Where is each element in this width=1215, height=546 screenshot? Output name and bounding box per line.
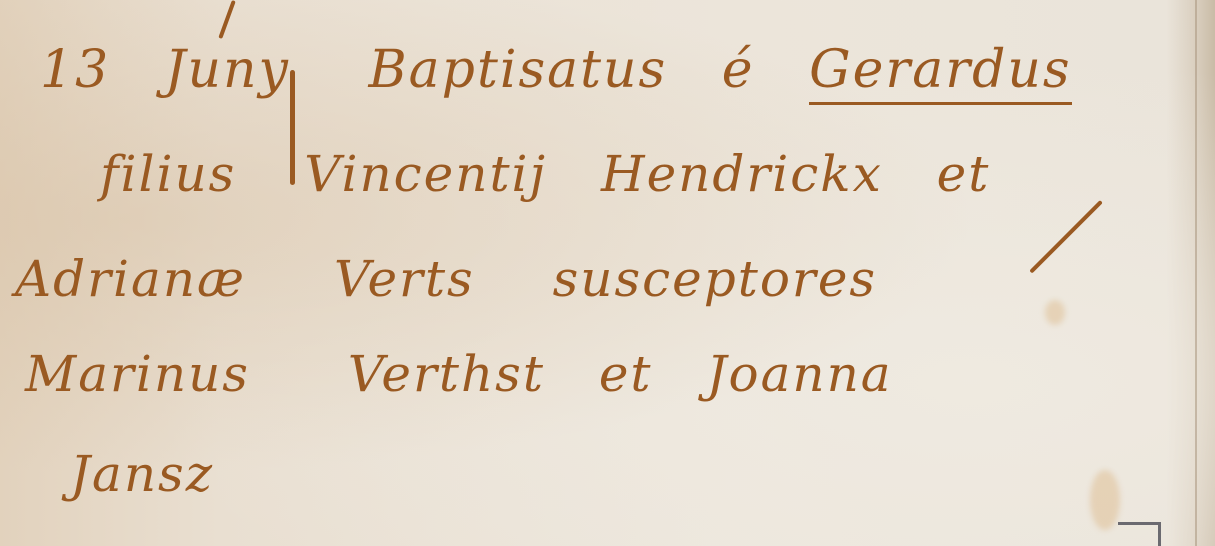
ink-stroke (218, 0, 235, 39)
register-line-2: filius Vincentij Hendrickx et (100, 145, 1026, 203)
godfather-first-name: Marinus (25, 345, 250, 403)
entry-date-day: 13 (40, 40, 110, 100)
register-line-1: 13 Juny Baptisatus é Gerardus (40, 40, 1108, 105)
page-edge (1195, 0, 1197, 546)
word-et-2: et (599, 345, 653, 403)
paper-stain (1045, 300, 1065, 325)
entry-date-month: Juny (165, 40, 290, 100)
father-first-name: Vincentij (304, 145, 547, 203)
godmother-surname: Jansz (70, 445, 214, 503)
word-et: et (937, 145, 991, 203)
child-name: Gerardus (809, 40, 1072, 105)
mother-surname: Verts (334, 250, 475, 308)
word-susceptores: susceptores (553, 250, 877, 308)
godfather-surname: Verthst (348, 345, 545, 403)
corner-mark (1118, 522, 1161, 546)
register-line-3: Adrianæ Verts susceptores (15, 250, 913, 308)
word-baptisatus: Baptisatus (368, 40, 667, 100)
register-line-4: Marinus Verthst et Joanna (25, 345, 929, 403)
ink-stroke (1029, 200, 1103, 274)
mother-first-name: Adrianæ (15, 250, 246, 308)
word-filius: filius (100, 145, 236, 203)
register-line-5: Jansz (70, 445, 250, 503)
father-surname: Hendrickx (601, 145, 883, 203)
word-abbrev: é (722, 40, 755, 100)
manuscript-page: 13 Juny Baptisatus é Gerardus filius Vin… (0, 0, 1215, 546)
paper-stain (1090, 470, 1120, 530)
godmother-first-name: Joanna (706, 345, 892, 403)
